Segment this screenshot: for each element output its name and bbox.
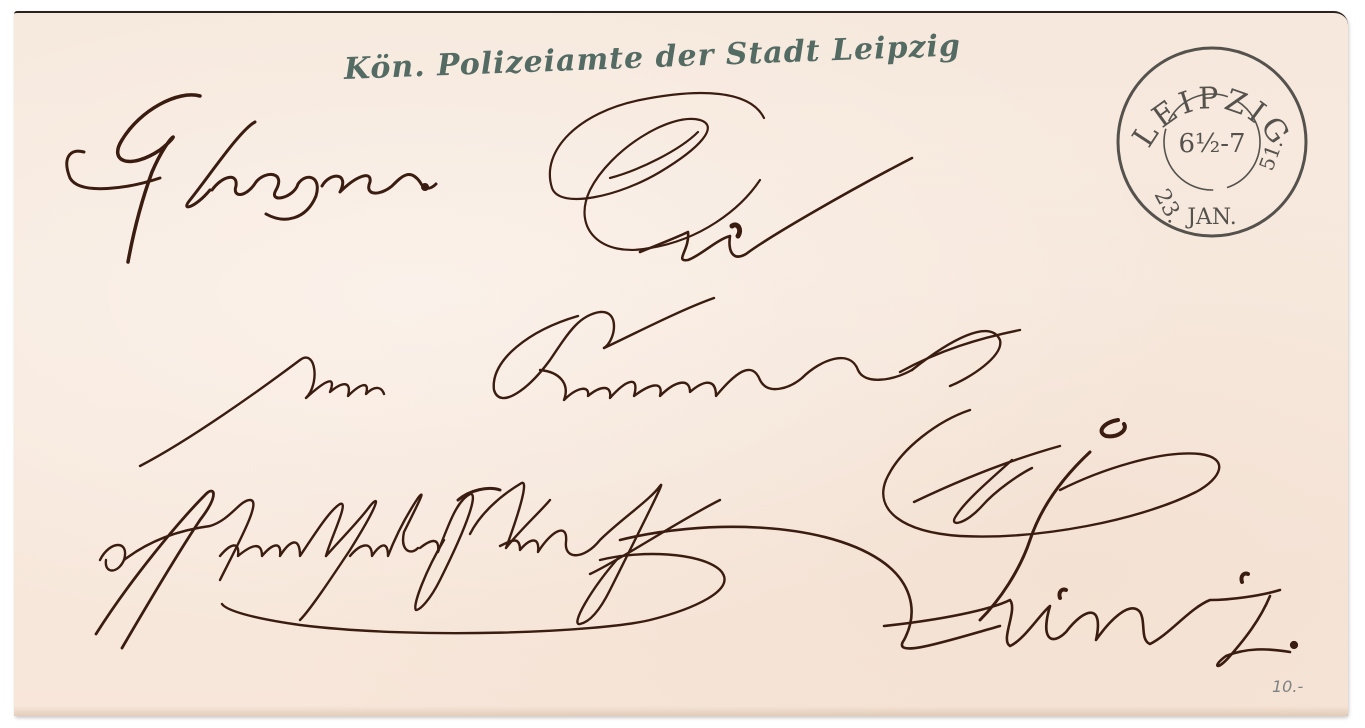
postmark-month: JAN. — [1185, 205, 1237, 230]
handwriting-note-left: Gefangen. — [0, 0, 1, 1]
postmark-cancellation: LEIPZIG 6½-7 23. JAN. 51. — [1114, 44, 1310, 240]
handwriting-recipient-text: den Stadtrath — [0, 0, 1, 1]
scanned-envelope-scene: Kön. Polizeiamte der Stadt Leipzig LEIPZ… — [0, 0, 1365, 728]
handwriting-destination-text: Leisnig. — [0, 0, 1, 1]
postmark-day: 23. — [1149, 185, 1188, 228]
handwriting-salutation: An — [0, 0, 1, 1]
postmark-time: 6½-7 — [1178, 129, 1245, 159]
pencil-price-note: 10.- — [1272, 677, 1303, 696]
handwriting-preposition: zu — [0, 0, 1, 1]
handwriting-endorsement-text: officialfalls durch — [0, 0, 1, 1]
